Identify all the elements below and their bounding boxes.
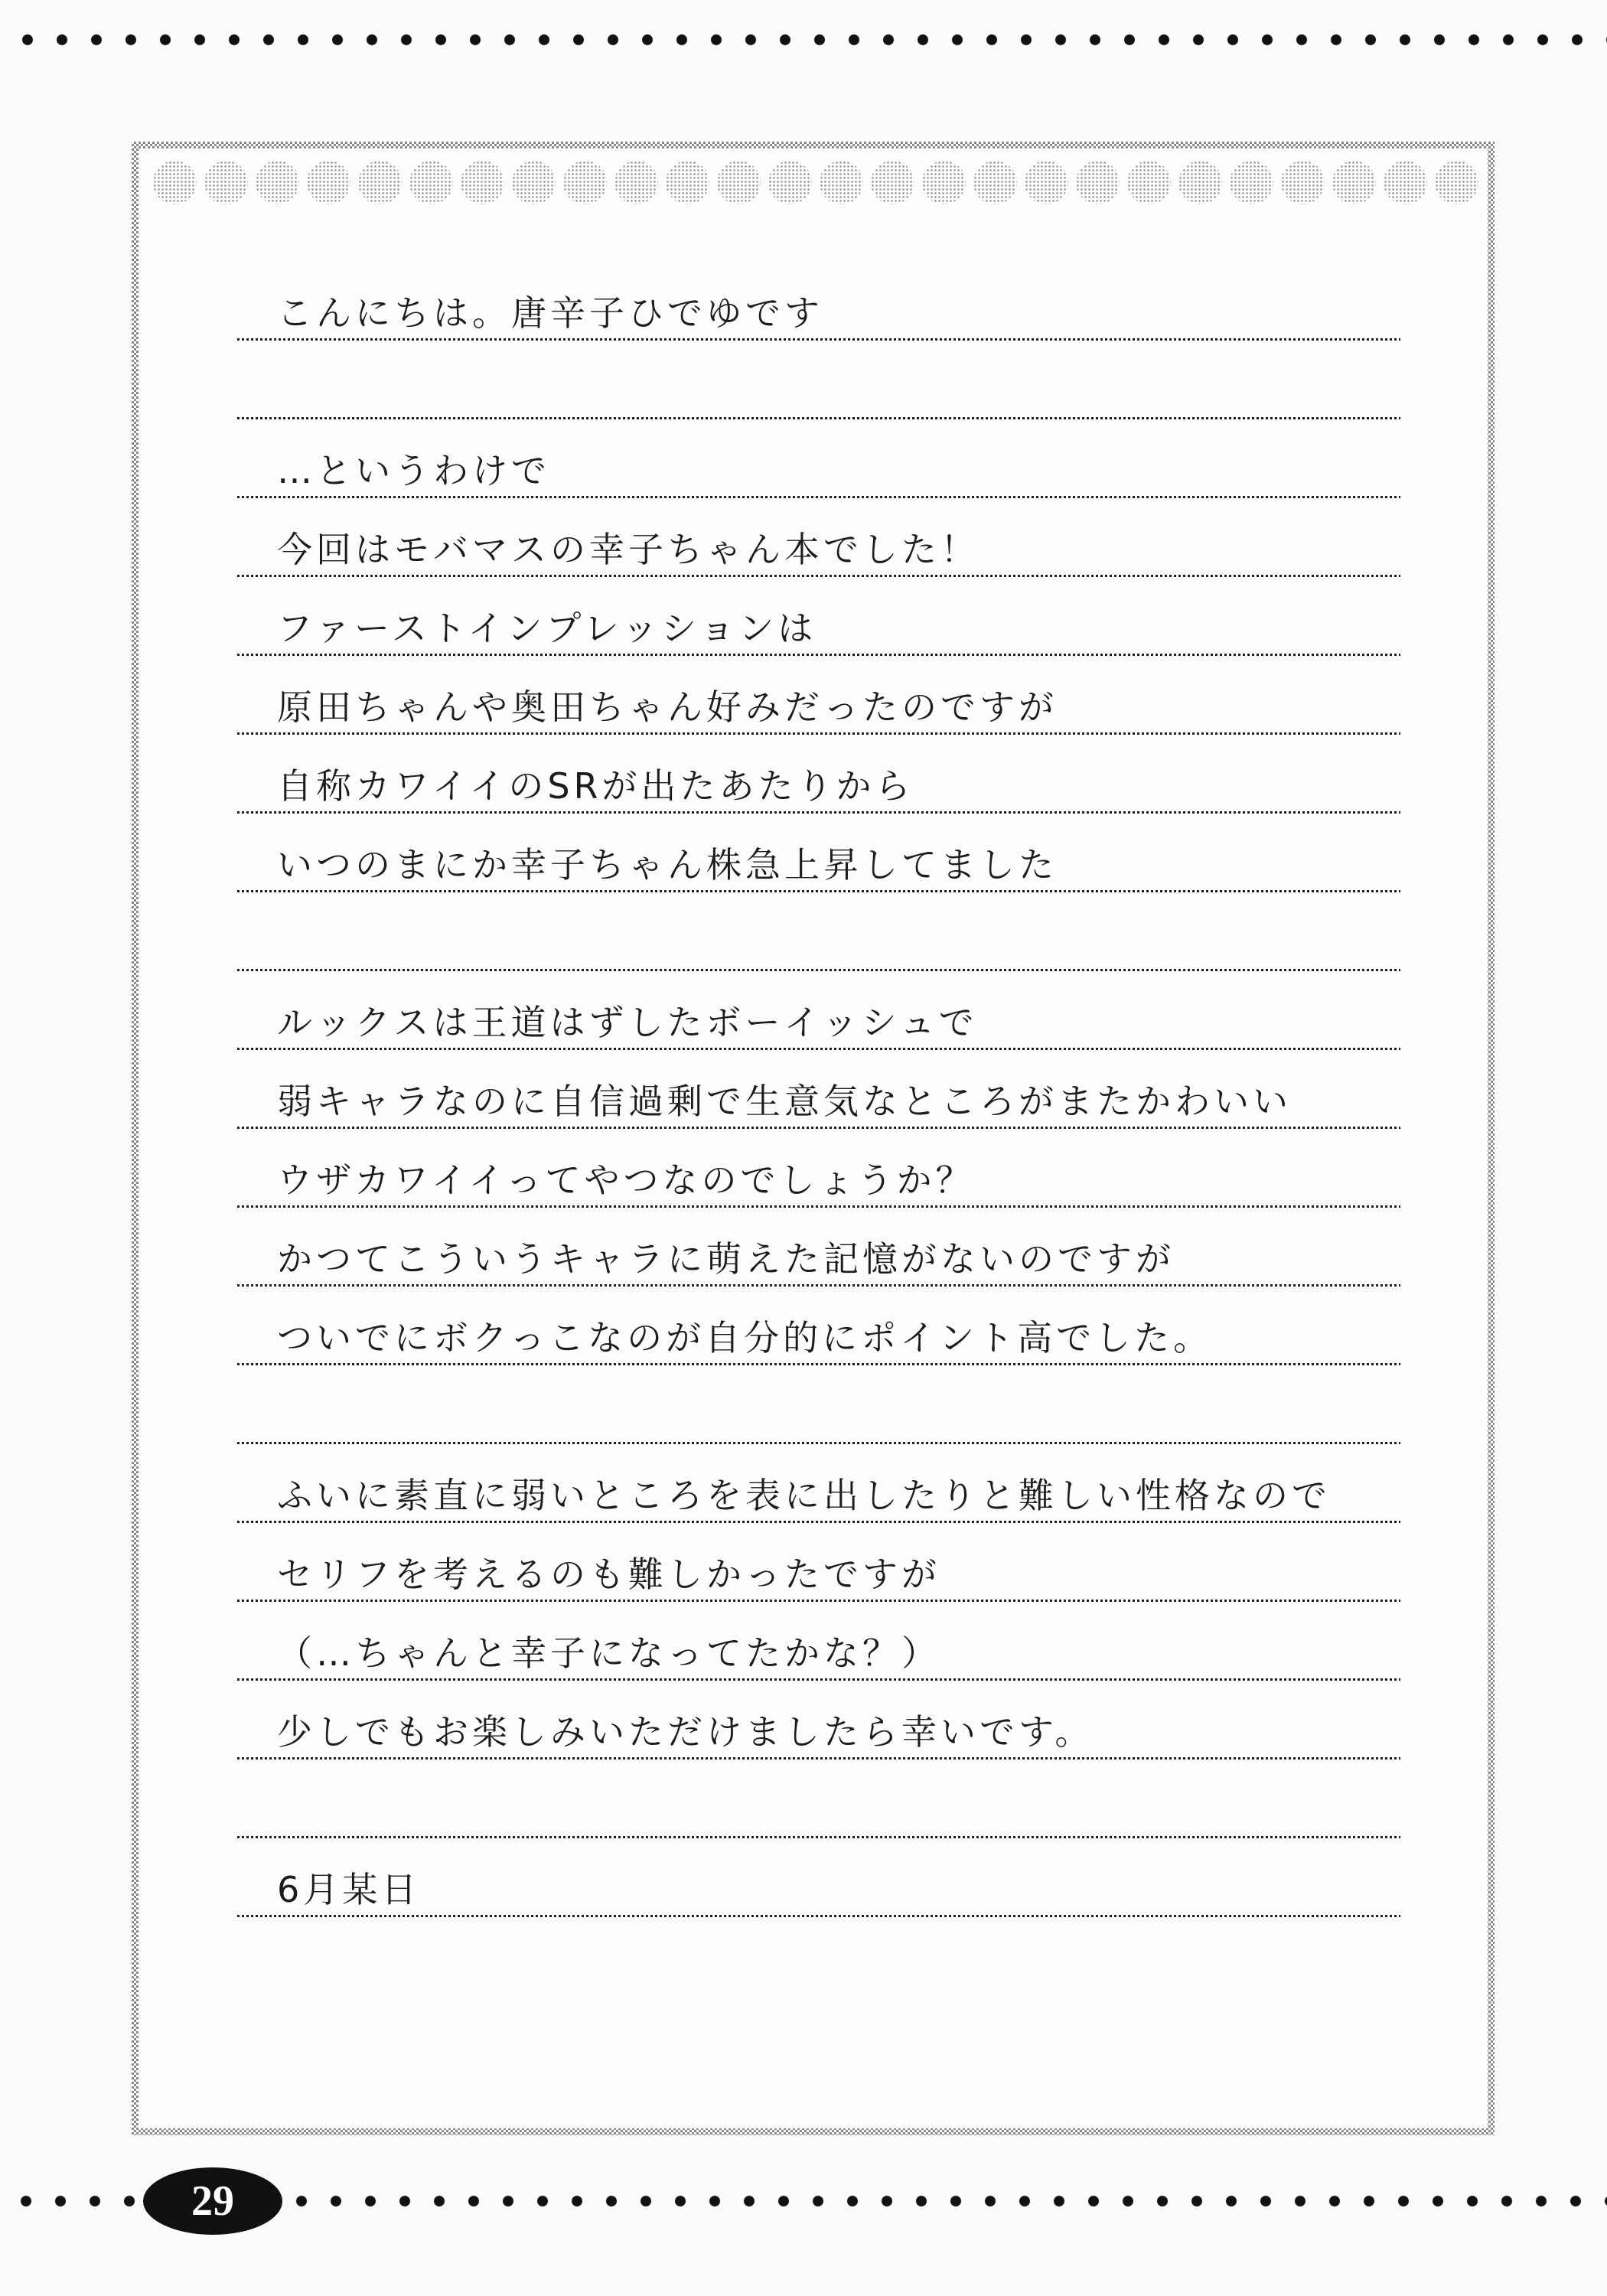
note-line-text — [237, 961, 277, 971]
note-line: 自称カワイイのSRが出たあたりから — [237, 735, 1400, 814]
frame-inner: こんにちは。唐辛子ひでゆです…というわけで今回はモバマスの幸子ちゃん本でした！フ… — [139, 148, 1488, 2128]
afterword-frame: こんにちは。唐辛子ひでゆです…というわけで今回はモバマスの幸子ちゃん本でした！フ… — [132, 142, 1495, 2135]
halftone-circle — [1332, 161, 1376, 204]
halftone-circle — [973, 161, 1017, 204]
halftone-circle — [204, 161, 248, 204]
top-dots-border — [0, 34, 1607, 46]
note-line: ついでにボクっこなのが自分的にポイント高でした。 — [237, 1287, 1400, 1365]
halftone-circle — [1384, 161, 1427, 204]
note-line: 今回はモバマスの幸子ちゃん本でした！ — [237, 498, 1400, 577]
note-line-text: かつてこういうキャラに萌えた記憶がないのですが — [237, 1241, 1175, 1287]
note-line-text: セリフを考えるのも難しかったですが — [237, 1557, 940, 1602]
note-line — [237, 1365, 1400, 1444]
halftone-circle — [768, 161, 812, 204]
halftone-circle — [461, 161, 504, 204]
note-line: …というわけで — [237, 419, 1400, 498]
halftone-circle — [563, 161, 607, 204]
note-line-text — [237, 409, 277, 419]
halftone-circle — [871, 161, 914, 204]
halftone-circle — [153, 161, 197, 204]
note-line-text: ルックスは王道はずしたボーイッシュで — [237, 1005, 978, 1050]
note-line-text: 原田ちゃんや奥田ちゃん好みだったのですが — [237, 690, 1058, 735]
note-line-text: ウザカワイイってやつなのでしょうか？ — [237, 1163, 975, 1208]
note-line-text: ふいに素直に弱いところを表に出したりと難しい性格なので — [237, 1478, 1331, 1523]
halftone-circle — [512, 161, 556, 204]
note-line-text: いつのまにか幸子ちゃん株急上昇してました — [237, 847, 1058, 892]
halftone-circle — [1230, 161, 1273, 204]
note-line: セリフを考えるのも難しかったですが — [237, 1523, 1400, 1602]
halftone-circle — [409, 161, 453, 204]
note-line-text: ついでにボクっこなのが自分的にポイント高でした。 — [237, 1320, 1212, 1365]
halftone-circle — [614, 161, 658, 204]
note-line-text: 弱キャラなのに自信過剰で生意気なところがまたかわいい — [237, 1084, 1292, 1129]
halftone-circle — [1025, 161, 1068, 204]
note-line-text: 自称カワイイのSRが出たあたりから — [237, 768, 914, 814]
note-line-text: 今回はモバマスの幸子ちゃん本でした！ — [237, 532, 980, 577]
halftone-circle — [1281, 161, 1325, 204]
note-line: こんにちは。唐辛子ひでゆです — [237, 262, 1400, 341]
note-line: ファーストインプレッションは — [237, 577, 1400, 656]
halftone-circles-row — [153, 161, 1480, 205]
note-line-text: 少しでもお楽しみいただけましたら幸いです。 — [237, 1714, 1094, 1760]
note-line: 原田ちゃんや奥田ちゃん好みだったのですが — [237, 656, 1400, 735]
halftone-circle — [1178, 161, 1222, 204]
note-line-text: ファーストインプレッションは — [237, 611, 817, 656]
note-line-text — [237, 1828, 277, 1838]
halftone-circle — [820, 161, 863, 204]
note-line: ウザカワイイってやつなのでしょうか？ — [237, 1129, 1400, 1208]
note-line-text: 6月某日 — [237, 1872, 420, 1917]
halftone-circle — [922, 161, 966, 204]
note-line: 少しでもお楽しみいただけましたら幸いです。 — [237, 1681, 1400, 1760]
halftone-circle — [256, 161, 299, 204]
note-line: 6月某日 — [237, 1838, 1400, 1917]
note-line-text: こんにちは。唐辛子ひでゆです — [237, 295, 823, 341]
note-line: 弱キャラなのに自信過剰で生意気なところがまたかわいい — [237, 1050, 1400, 1129]
note-line: （…ちゃんと幸子になってたかな？） — [237, 1602, 1400, 1681]
note-lines: こんにちは。唐辛子ひでゆです…というわけで今回はモバマスの幸子ちゃん本でした！フ… — [237, 262, 1400, 1917]
halftone-circle — [666, 161, 709, 204]
halftone-circle — [1076, 161, 1120, 204]
note-line — [237, 341, 1400, 419]
note-line-text: （…ちゃんと幸子になってたかな？） — [237, 1636, 940, 1681]
halftone-circle — [307, 161, 350, 204]
note-line: かつてこういうキャラに萌えた記憶がないのですが — [237, 1208, 1400, 1287]
scanned-afterword-page: こんにちは。唐辛子ひでゆです…というわけで今回はモバマスの幸子ちゃん本でした！フ… — [0, 0, 1607, 2296]
note-line — [237, 1760, 1400, 1838]
note-line-text — [237, 1434, 277, 1444]
note-line — [237, 892, 1400, 971]
note-line: ふいに素直に弱いところを表に出したりと難しい性格なので — [237, 1444, 1400, 1523]
note-line: ルックスは王道はずしたボーイッシュで — [237, 971, 1400, 1050]
halftone-circle — [358, 161, 402, 204]
halftone-circle — [1127, 161, 1171, 204]
page-number: 29 — [191, 2180, 234, 2223]
note-line-text: …というわけで — [237, 453, 550, 498]
note-line: いつのまにか幸子ちゃん株急上昇してました — [237, 814, 1400, 892]
halftone-circle — [1435, 161, 1478, 204]
page-number-badge: 29 — [143, 2167, 282, 2235]
halftone-circle — [717, 161, 761, 204]
